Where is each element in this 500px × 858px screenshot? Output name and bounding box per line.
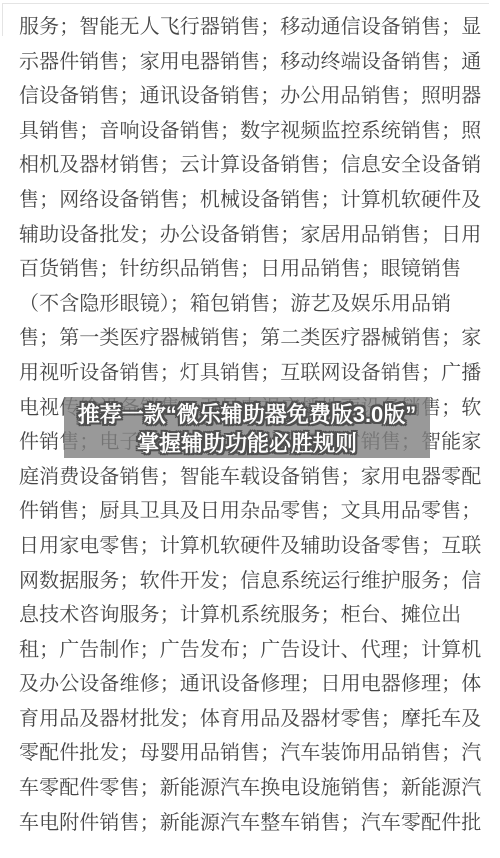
text-line: 车零配件零售；新能源汽车换电设施销售；新能源汽 bbox=[19, 771, 485, 806]
table-border-left bbox=[2, 3, 3, 36]
text-line: 相机及器材销售；云计算设备销售；信息安全设备销 bbox=[19, 148, 485, 183]
text-line: 息技术咨询服务；计算机系统服务；柜台、摊位出 bbox=[19, 598, 485, 633]
text-line: 育用品及器材批发；体育用品及器材零售；摩托车及 bbox=[19, 702, 485, 737]
text-line: 及办公设备维修；通讯设备修理；日用电器修理；体 bbox=[19, 667, 485, 702]
text-line: 具销售；音响设备销售；数字视频监控系统销售；照 bbox=[19, 114, 485, 149]
text-line: （不含隐形眼镜）；箱包销售；游艺及娱乐用品销 bbox=[19, 287, 485, 322]
text-line: 车电附件销售；新能源汽车整车销售；汽车零配件批 bbox=[19, 806, 485, 841]
text-line: 用视听设备销售；灯具销售；互联网设备销售；广播 bbox=[19, 356, 485, 391]
text-line: 售；网络设备销售；机械设备销售；计算机软硬件及 bbox=[19, 183, 485, 218]
text-line: 售；第一类医疗器械销售；第二类医疗器械销售；家 bbox=[19, 321, 485, 356]
promo-overlay[interactable]: 推荐一款“微乐辅助器免费版3.0版” 掌握辅助功能必胜规则 bbox=[64, 397, 430, 458]
text-line: 庭消费设备销售；智能车载设备销售；家用电器零配 bbox=[19, 460, 485, 495]
text-line: 零配件批发；母婴用品销售；汽车装饰用品销售；汽 bbox=[19, 736, 485, 771]
text-line: 租；广告制作；广告发布；广告设计、代理；计算机 bbox=[19, 633, 485, 668]
text-line: 百货销售；针纺织品销售；日用品销售；眼镜销售 bbox=[19, 252, 485, 287]
promo-title-line2: 掌握辅助功能必胜规则 bbox=[137, 430, 357, 457]
text-line: 件销售；厨具卫具及日用杂品零售；文具用品零售； bbox=[19, 494, 485, 529]
promo-title-line1: 推荐一款“微乐辅助器免费版3.0版” bbox=[78, 399, 417, 430]
text-line: 辅助设备批发；办公设备销售；家居用品销售；日用 bbox=[19, 218, 485, 253]
text-line: 示器件销售；家用电器销售；移动终端设备销售；通 bbox=[19, 45, 485, 80]
table-border-top bbox=[2, 3, 489, 4]
text-line: 信设备销售；通讯设备销售；办公用品销售；照明器 bbox=[19, 79, 485, 114]
text-line: 日用家电零售；计算机软硬件及辅助设备零售；互联 bbox=[19, 529, 485, 564]
text-line: 服务；智能无人飞行器销售；移动通信设备销售；显 bbox=[19, 10, 485, 45]
text-line: 网数据服务；软件开发；信息系统运行维护服务；信 bbox=[19, 564, 485, 599]
